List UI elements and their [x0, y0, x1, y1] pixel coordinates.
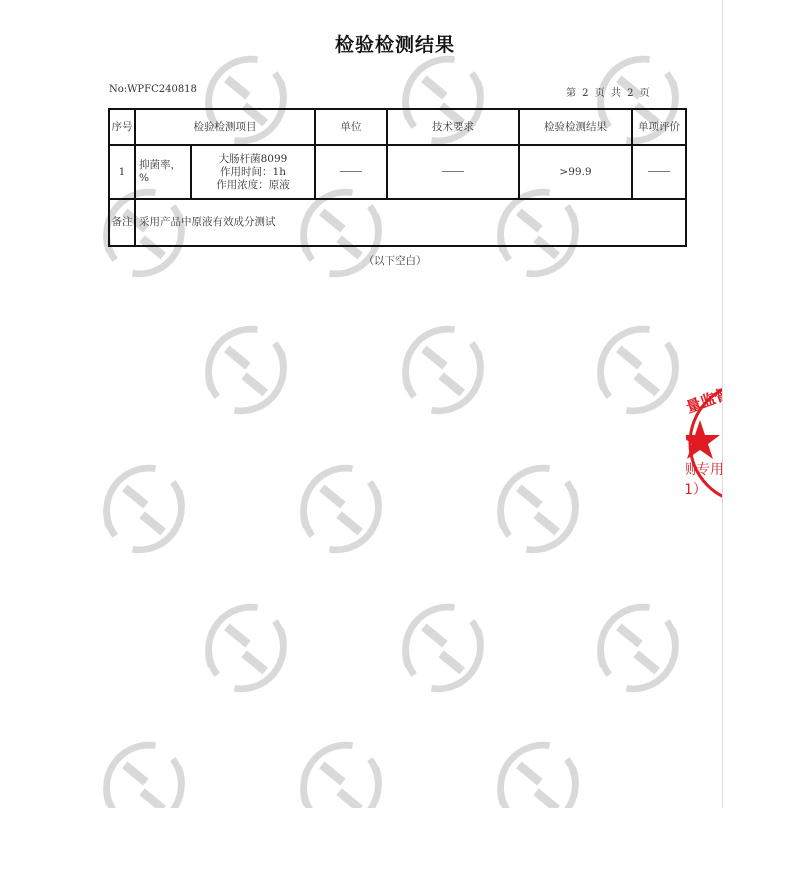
dash-placeholder	[648, 171, 670, 172]
watermark-logo-icon	[198, 600, 294, 696]
watermark-logo-icon	[395, 600, 491, 696]
header-result: 检验检测结果	[519, 109, 632, 145]
remarks-row: 备注 采用产品中原液有效成分测试	[109, 199, 686, 246]
blank-below-note: （以下空白）	[0, 253, 790, 268]
official-stamp: 量监督 测专用 1）	[686, 380, 722, 506]
condition-line: 作用时间：1h	[192, 166, 314, 179]
watermark-logo-icon	[590, 600, 686, 696]
header-evaluation: 单项评价	[632, 109, 686, 145]
svg-text:1）: 1）	[686, 482, 707, 498]
cell-result: >99.9	[519, 145, 632, 199]
dash-placeholder	[442, 171, 464, 172]
header-unit: 单位	[315, 109, 387, 145]
page-edge	[722, 0, 723, 808]
watermark-logo-icon	[293, 461, 389, 557]
svg-text:测专用: 测专用	[686, 462, 722, 478]
svg-text:量监督: 量监督	[686, 384, 722, 416]
report-number: No:WPFC240818	[109, 84, 197, 95]
watermark-logo-icon	[293, 738, 389, 808]
watermark-logo-icon	[490, 461, 586, 557]
remarks-label: 备注	[109, 199, 135, 246]
table-row: 1 抑菌率，% 大肠杆菌8099 作用时间：1h 作用浓度：原液 >99.9	[109, 145, 686, 199]
condition-line: 作用浓度：原液	[192, 179, 314, 192]
watermark-logo-icon	[96, 461, 192, 557]
watermark-logo-icon	[490, 738, 586, 808]
cell-requirement	[387, 145, 519, 199]
cell-unit	[315, 145, 387, 199]
document-title: 检验检测结果	[0, 30, 790, 57]
watermark-logo-icon	[96, 738, 192, 808]
header-seq: 序号	[109, 109, 135, 145]
dash-placeholder	[340, 171, 362, 172]
header-requirement: 技术要求	[387, 109, 519, 145]
stamp-seal-icon: 量监督 测专用 1）	[686, 380, 722, 506]
page-info: 第 2 页 共 2 页	[566, 84, 650, 99]
table-header-row: 序号 检验检测项目 单位 技术要求 检验检测结果 单项评价	[109, 109, 686, 145]
cell-evaluation	[632, 145, 686, 199]
watermark-logo-icon	[395, 322, 491, 418]
condition-line: 大肠杆菌8099	[192, 153, 314, 166]
results-table: 序号 检验检测项目 单位 技术要求 检验检测结果 单项评价 1 抑菌率，% 大肠…	[108, 108, 687, 247]
watermark-logo-icon	[590, 322, 686, 418]
cell-item-name: 抑菌率，%	[135, 145, 191, 199]
watermark-logo-icon	[198, 322, 294, 418]
remarks-text: 采用产品中原液有效成分测试	[135, 199, 686, 246]
cell-item-condition: 大肠杆菌8099 作用时间：1h 作用浓度：原液	[191, 145, 315, 199]
header-item: 检验检测项目	[135, 109, 315, 145]
cell-seq: 1	[109, 145, 135, 199]
